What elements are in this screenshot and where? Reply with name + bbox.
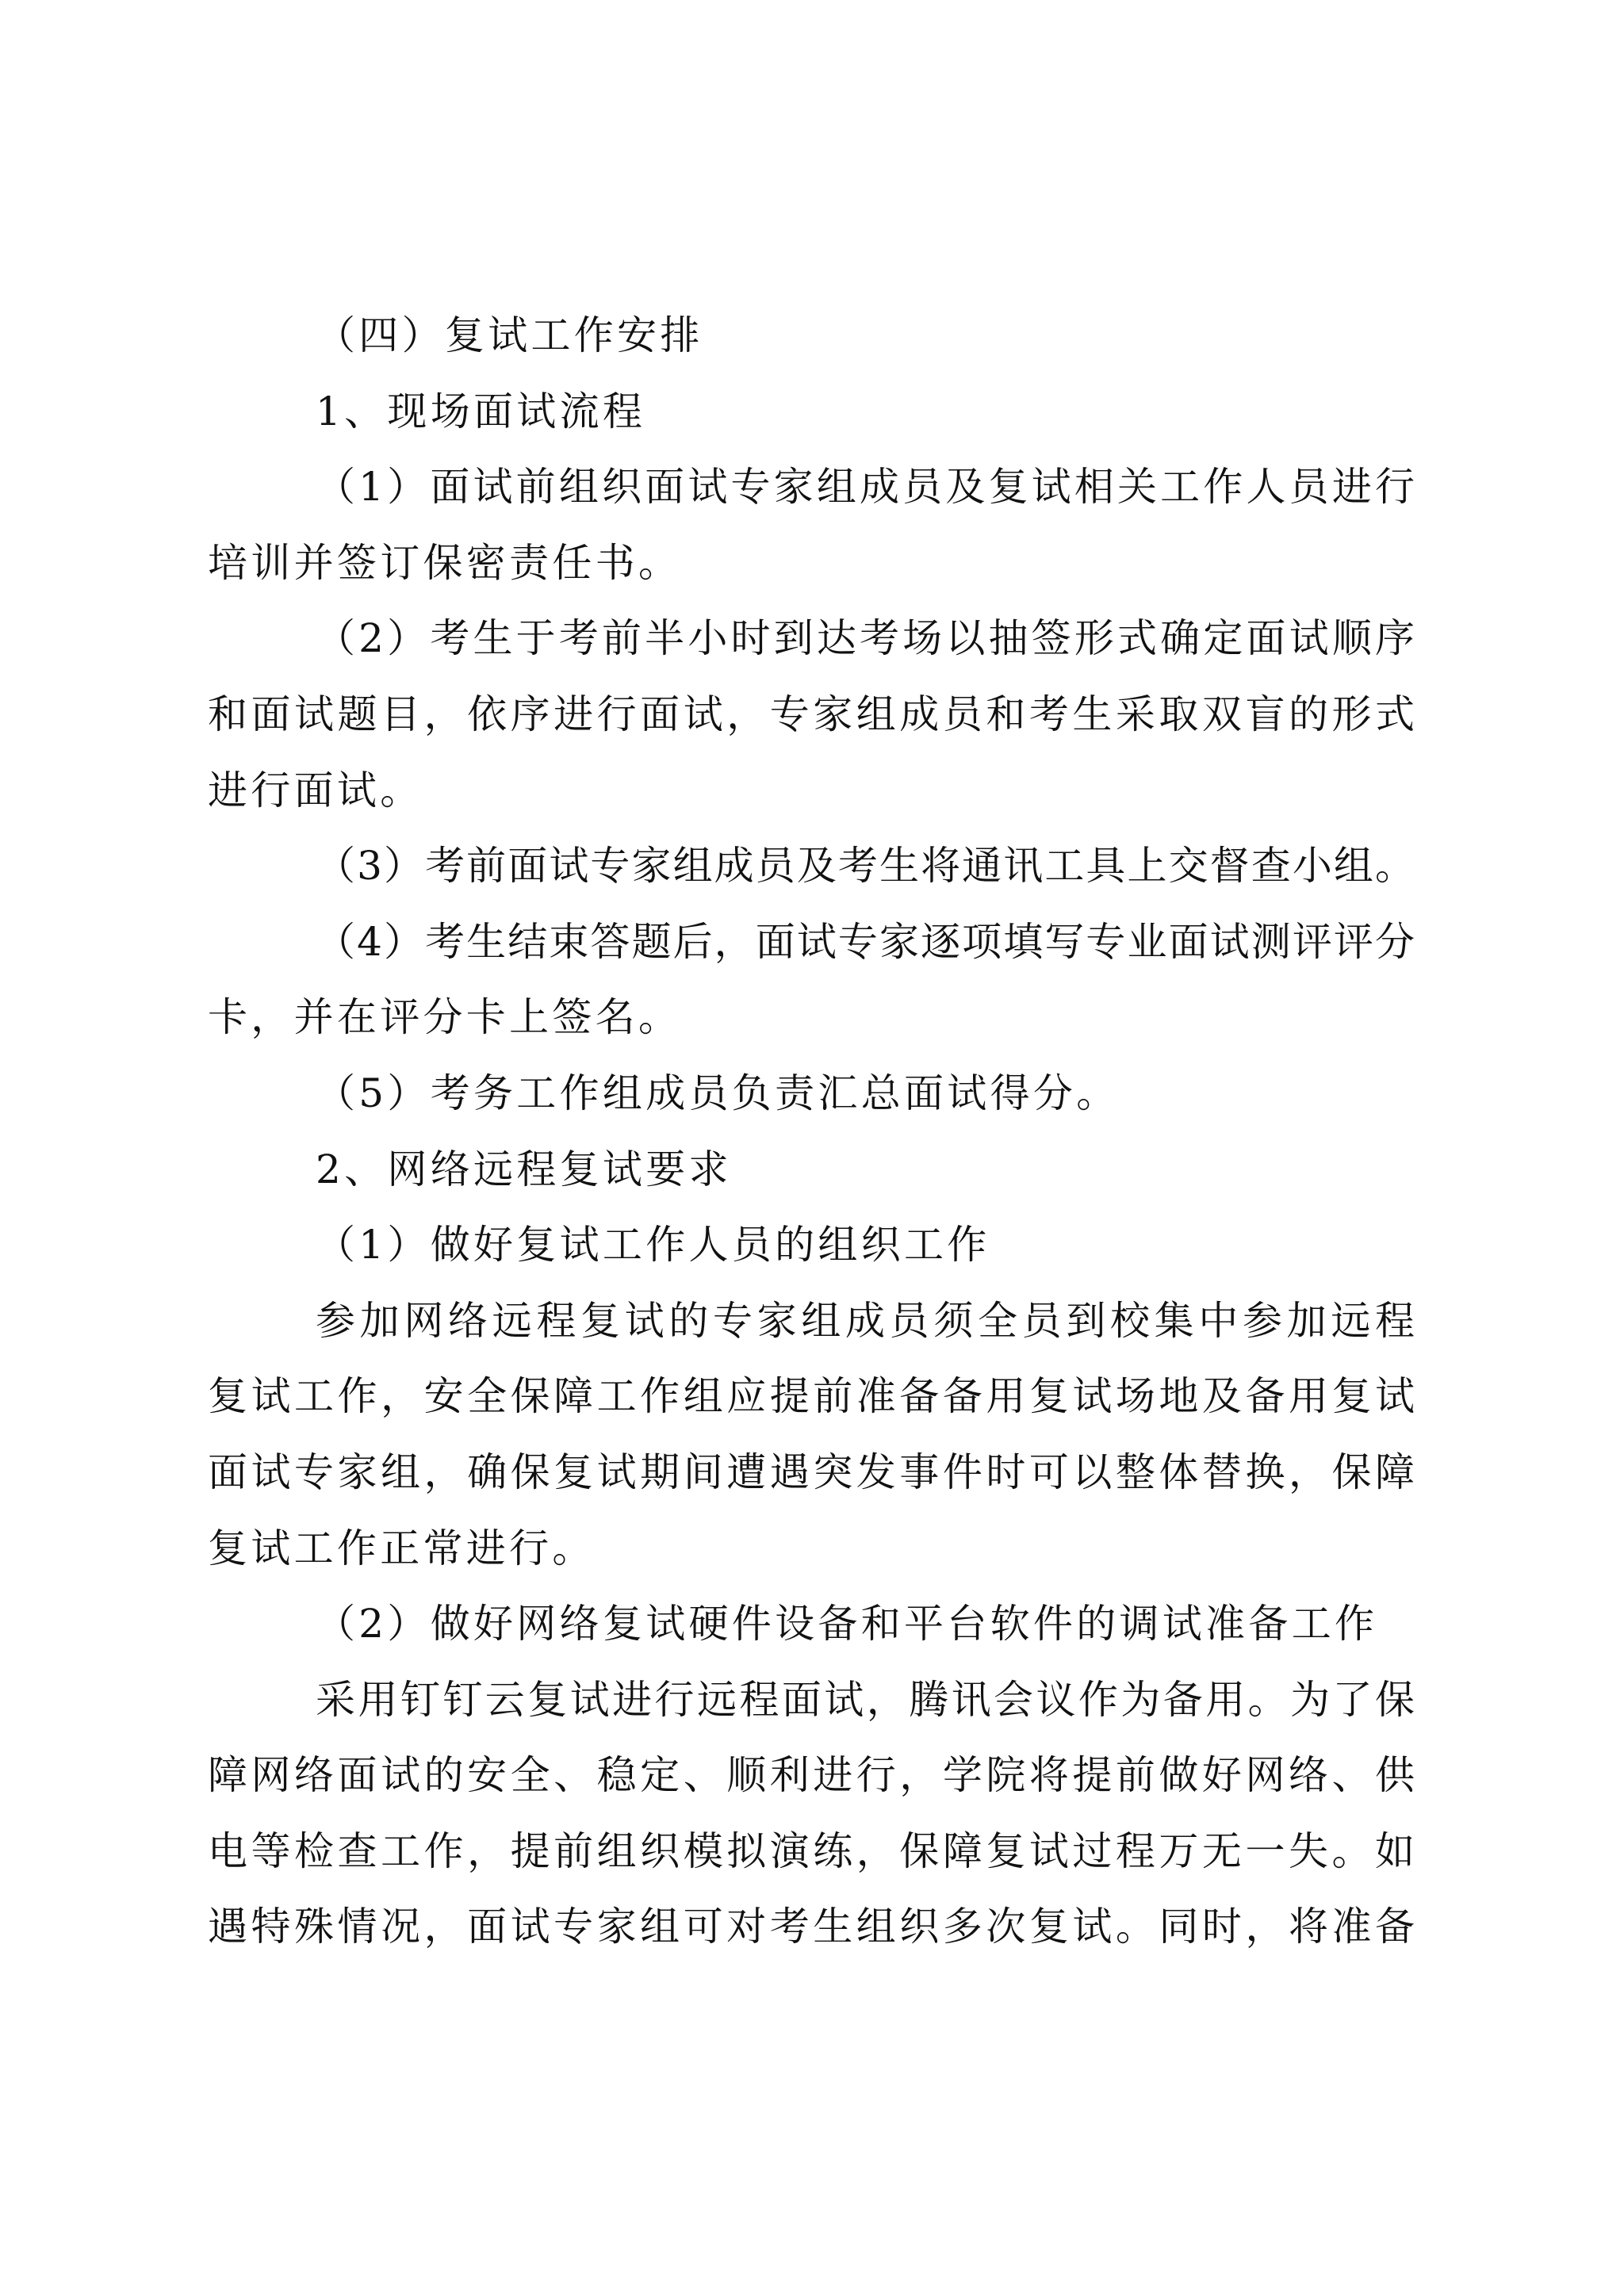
paragraph-text: 障网络面试的安全、稳定、顺利进行，学院将提前做好网络、供 [208, 1738, 1415, 1814]
item-1-4-line-1: （4）考生结束答题后，面试专家逐项填写专业面试测评评分 [208, 905, 1415, 981]
item-2-1-body-line-1: 参加网络远程复试的专家组成员须全员到校集中参加远程 [208, 1284, 1415, 1360]
item-2-2-body-line-3: 电等检查工作，提前组织模拟演练，保障复试过程万无一失。如 [208, 1814, 1415, 1890]
paragraph-text: （4）考生结束答题后，面试专家逐项填写专业面试测评评分 [316, 905, 1415, 981]
item-2-2-body-line-2: 障网络面试的安全、稳定、顺利进行，学院将提前做好网络、供 [208, 1738, 1415, 1814]
item-1-2-line-2: 和面试题目，依序进行面试，专家组成员和考生采取双盲的形式 [208, 677, 1415, 753]
paragraph-text: 面试专家组，确保复试期间遭遇突发事件时可以整体替换，保障 [208, 1435, 1415, 1511]
item-2-1-title: （1）做好复试工作人员的组织工作 [208, 1207, 1415, 1284]
paragraph-text: （3）考前面试专家组成员及考生将通讯工具上交督查小组。 [316, 828, 1415, 905]
item-1-3-line-1: （3）考前面试专家组成员及考生将通讯工具上交督查小组。 [208, 828, 1415, 905]
paragraph-text: 和面试题目，依序进行面试，专家组成员和考生采取双盲的形式 [208, 677, 1415, 753]
subsection-2-title: 2、网络远程复试要求 [208, 1132, 1415, 1208]
paragraph-text: 参加网络远程复试的专家组成员须全员到校集中参加远程 [316, 1284, 1415, 1360]
paragraph-text: （2）考生于考前半小时到达考场以抽签形式确定面试顺序 [316, 601, 1415, 677]
document-page: （四）复试工作安排 1、现场面试流程 （1）面试前组织面试专家组成员及复试相关工… [208, 298, 1415, 1965]
paragraph-text: 采用钉钉云复试进行远程面试，腾讯会议作为备用。为了保 [316, 1663, 1415, 1739]
paragraph-text: 复试工作，安全保障工作组应提前准备备用复试场地及备用复试 [208, 1359, 1415, 1435]
item-1-4-line-2: 卡，并在评分卡上签名。 [208, 980, 1415, 1056]
paragraph-text: 电等检查工作，提前组织模拟演练，保障复试过程万无一失。如 [208, 1814, 1415, 1890]
paragraph-text: （1）面试前组织面试专家组成员及复试相关工作人员进行 [316, 450, 1415, 526]
item-1-1-line-2: 培训并签订保密责任书。 [208, 526, 1415, 602]
item-2-2-title: （2）做好网络复试硬件设备和平台软件的调试准备工作 [208, 1586, 1415, 1663]
item-1-2-line-1: （2）考生于考前半小时到达考场以抽签形式确定面试顺序 [208, 601, 1415, 677]
item-2-2-body-line-4: 遇特殊情况，面试专家组可对考生组织多次复试。同时，将准备 [208, 1889, 1415, 1965]
subsection-1-title: 1、现场面试流程 [208, 374, 1415, 450]
paragraph-text: 遇特殊情况，面试专家组可对考生组织多次复试。同时，将准备 [208, 1889, 1415, 1965]
item-2-1-body-line-2: 复试工作，安全保障工作组应提前准备备用复试场地及备用复试 [208, 1359, 1415, 1435]
section-heading: （四）复试工作安排 [208, 298, 1415, 374]
item-2-1-body-line-3: 面试专家组，确保复试期间遭遇突发事件时可以整体替换，保障 [208, 1435, 1415, 1511]
item-1-5-line-1: （5）考务工作组成员负责汇总面试得分。 [208, 1056, 1415, 1132]
item-2-2-body-line-1: 采用钉钉云复试进行远程面试，腾讯会议作为备用。为了保 [208, 1663, 1415, 1739]
item-1-1-line-1: （1）面试前组织面试专家组成员及复试相关工作人员进行 [208, 450, 1415, 526]
item-2-1-body-line-4: 复试工作正常进行。 [208, 1511, 1415, 1587]
item-1-2-line-3: 进行面试。 [208, 753, 1415, 829]
